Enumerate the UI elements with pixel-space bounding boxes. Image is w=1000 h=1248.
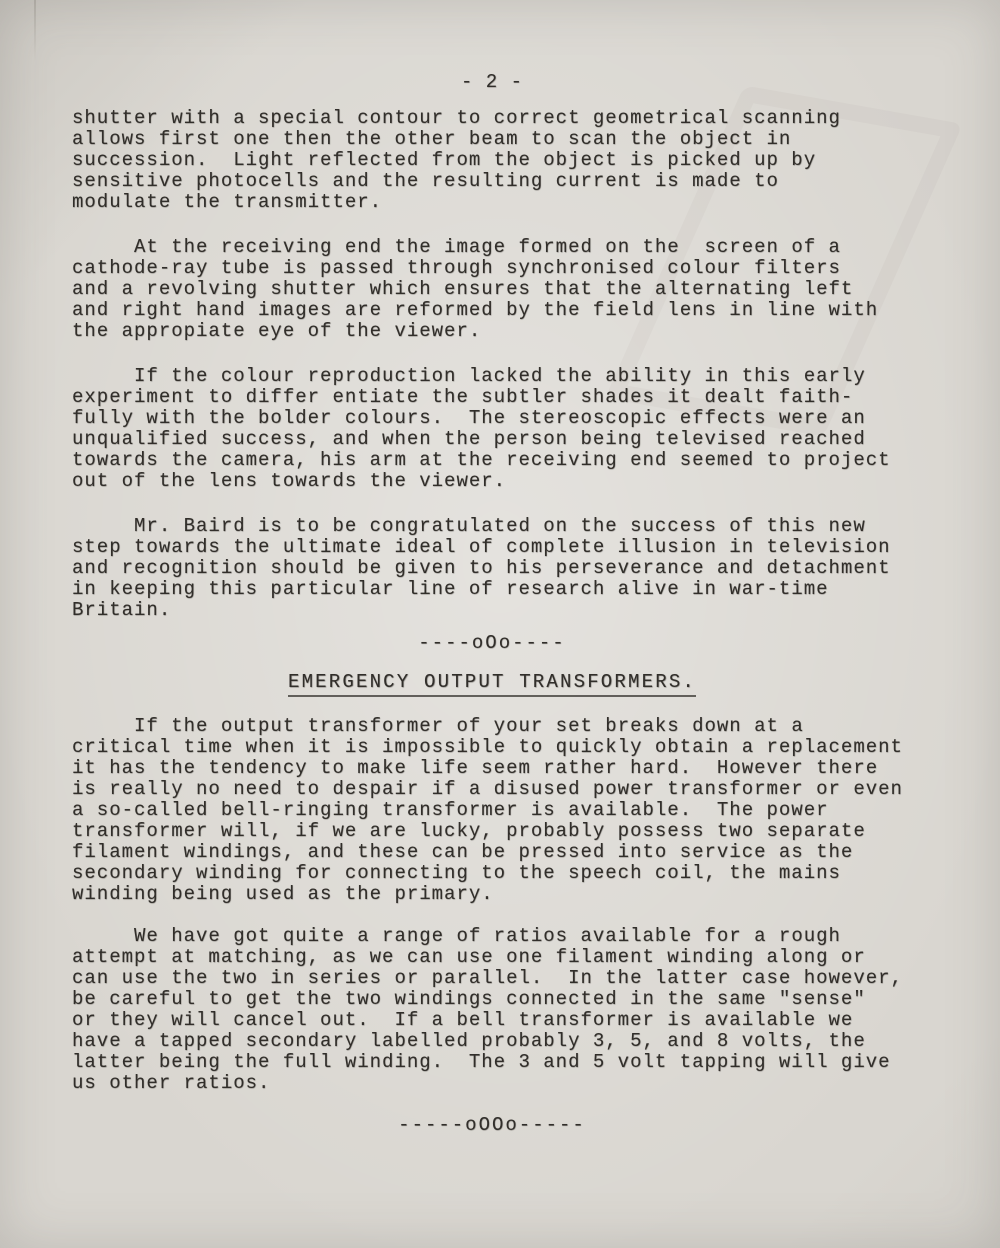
section-heading-text: EMERGENCY OUTPUT TRANSFORMERS. (288, 671, 696, 697)
paragraph-colour-reproduction: If the colour reproduction lacked the ab… (72, 366, 912, 492)
paragraph-baird-congratulated: Mr. Baird is to be congratulated on the … (72, 516, 912, 621)
paragraph-receiving-end: At the receiving end the image formed on… (72, 237, 912, 342)
page-edge-crease (34, 0, 36, 62)
paragraph-output-transformer: If the output transformer of your set br… (72, 716, 912, 905)
paragraph-ratios: We have got quite a range of ratios avai… (72, 926, 912, 1094)
page-number: - 2 - (72, 72, 912, 93)
page-content: - 2 - shutter with a special contour to … (72, 0, 912, 1136)
section-divider-bottom: -----oOOo----- (72, 1115, 912, 1136)
paragraph-shutter-scanning: shutter with a special contour to correc… (72, 108, 912, 213)
section-divider-top: ----oOo---- (72, 633, 912, 654)
scanned-document-page: - 2 - shutter with a special contour to … (0, 0, 1000, 1248)
section-heading: EMERGENCY OUTPUT TRANSFORMERS. (72, 672, 912, 693)
